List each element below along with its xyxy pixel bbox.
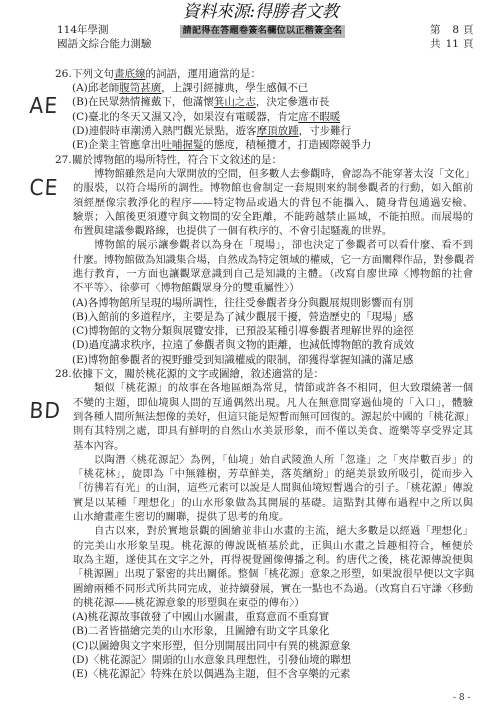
signature-notice-banner: 請記得在答題卷簽名欄位以正楷簽全名 — [180, 25, 345, 38]
option-text: 博物館參觀者的視野雖受到知識權威的限制，卻獲得掌握知識的滿足感 — [88, 354, 414, 366]
option-underlined-term: 腹笥甚廣 — [119, 82, 161, 94]
option-d: (D)過度講求秩序，拉遠了參觀者與文物的距離，也減低博物館的教育成效 — [0, 338, 500, 352]
total-number: 11 — [443, 37, 463, 51]
page-prefix: 第 — [430, 23, 443, 37]
option-label: (A) — [72, 82, 88, 94]
option-text: 臺北的冬天又濕又冷，如果沒有電暖器，肯定 — [88, 111, 298, 123]
option-text: 以圖繪與文字來形塑，但分別開展出同中有異的桃源意象 — [88, 640, 351, 652]
question-26-stem: 26.下列文句畫底線的詞語，運用適當的是： — [0, 67, 500, 81]
option-label: (B) — [72, 311, 88, 323]
option-underlined-term: 箕山之志 — [214, 96, 256, 108]
question-28-stem: 28.依據下文，關於桃花源的文字或圖繪，敘述適當的是： — [0, 367, 500, 381]
stem-text: 依據下文，關於桃花源的文字或圖繪，敘述適當的是： — [72, 368, 324, 380]
passage-line: 以陶潛〈桃花源記〉為例，「仙境」始自武陵漁人所「忽逢」之「夾岸數百步」的 — [73, 453, 473, 467]
option-text: 的態度，積極攬才，打造國際競爭力 — [203, 139, 371, 151]
option-label: (B) — [72, 625, 88, 637]
option-text: 企業主管應拿出 — [88, 139, 162, 151]
passage-line: 「桃花林」，旋即為「中無雜樹，芳草鮮美，落英繽紛」的絕美景致所吸引，從而步入 — [73, 467, 473, 481]
option-b: (B)二者皆描繪完美的山水形象，且圖繪有助文字具象化 — [0, 624, 500, 638]
option-text: 博物館的文物分類與展覽安排，已預設某種引導參觀者理解世界的途徑 — [88, 325, 414, 337]
passage-line: 博物館雖然是向大眾開放的空間，但多數人去參觀時，會認為不能穿著太沒「文化」 — [73, 167, 473, 181]
passage-line: 的桃花源——桃花源意象的形塑與在東亞的傳布〉） — [73, 596, 473, 610]
option-text: 〈桃花源記〉特殊在於以偶遇為主題，但不含享樂的元素 — [88, 668, 351, 680]
passage-line: 驗票；入館後更須遵守與文物間的安全距離，不能跨越禁止區域，不能拍照。而展場的 — [73, 210, 473, 224]
passage-line: 到各種人間所無法想像的美好，但這只能是短暫而無可回復的。源起於中國的「桃花源」 — [73, 410, 473, 424]
total-pages: 共 11 頁 — [430, 37, 476, 51]
option-label: (E) — [72, 668, 88, 680]
passage-line: 不平等〉、徐夢可〈博物館觀眾身分的雙重屬性〉） — [73, 281, 473, 295]
option-e: (E)企業主管應拿出吐哺握髮的態度，積極攬才，打造國際競爭力 — [0, 138, 500, 152]
option-a: (A)各博物館所呈現的場所調性，往往受參觀者身分與觀展規則影響而有別 — [0, 296, 500, 310]
option-underlined-term: 吐哺握髮 — [161, 139, 203, 151]
option-label: (D) — [72, 125, 89, 137]
passage-line: 圖繪兩種不同形式所共同完成，並持續發展，實在一點也不為過。（改寫自石守謙〈移動 — [73, 582, 473, 596]
passage-line: 類似「桃花源」的故事在各地區頗為常見，情節或許各不相同，但大致環繞著一個 — [73, 381, 473, 395]
exam-content: 26.下列文句畫底線的詞語，運用適當的是： (A)邱老師腹笥甚廣，上課引經據典，… — [0, 67, 500, 682]
option-label: (C) — [72, 325, 88, 337]
passage-line: 則有其特別之處，即具有鮮明的自然山水美景形象，而不僅以美食、遊樂等享受界定其 — [73, 424, 473, 438]
option-text: 邱老師 — [88, 82, 120, 94]
option-a: (A)桃花源故事啟發了中國山水圖畫，重寫意而不重寫實 — [0, 610, 500, 624]
passage-line: 「桃源圖」出現了緊密的共出關係。整個「桃花源」意象之形塑，如果說很早便以文字與 — [73, 567, 473, 581]
watermark-source-title: 資料來源:得勝者文教 — [178, 1, 343, 23]
current-page: 第 8 頁 — [430, 23, 476, 37]
stem-text: 關於博物館的場所特性，符合下文敘述的是： — [72, 154, 282, 166]
passage-line: 取為主題，遂使其在文字之外，再得視覺圖像傳播之利。約唐代之後，桃花源傳說便與 — [73, 553, 473, 567]
exam-year: 114年學測 — [57, 23, 152, 37]
passage-line: 須經歷像宗教淨化的程序——特定物品或過大的背包不能攜入、隨身背包通過安檢、 — [73, 196, 473, 210]
option-label: (A) — [72, 611, 88, 623]
question-number: 28. — [55, 367, 72, 381]
passage-line: 自古以來，對於實地景觀的圖繪並非山水畫的主流，絕大多數是以經過「理想化」 — [73, 524, 473, 538]
page-suffix: 頁 — [463, 23, 474, 37]
option-b: (B)入館前的多道程序，主要是為了減少觀展干擾，營造歷史的「現場」感 — [0, 310, 500, 324]
passage-line: 的服裝，以符合場所的調性。博物館也會制定一套規則來約制參觀者的行動，如入館前 — [73, 181, 473, 195]
page-indicator: 第 8 頁 共 11 頁 — [430, 23, 476, 51]
option-label: (C) — [72, 111, 88, 123]
footer-page-number: - 8 - — [453, 692, 471, 704]
option-text: ，決定參選市長 — [256, 96, 330, 108]
option-c: (C)以圖繪與文字來形塑，但分別開展出同中有異的桃源意象 — [0, 639, 500, 653]
stem-underlined-text: 畫底線 — [114, 68, 146, 80]
option-text: 二者皆描繪完美的山水形象，且圖繪有助文字具象化 — [88, 625, 330, 637]
option-a: (A)邱老師腹笥甚廣，上課引經據典，學生感佩不已 — [0, 81, 500, 95]
option-label: (D) — [72, 654, 89, 666]
question-27-stem: 27.關於博物館的場所特性，符合下文敘述的是： — [0, 153, 500, 167]
option-e: (E)〈桃花源記〉特殊在於以偶遇為主題，但不含享樂的元素 — [0, 667, 500, 681]
page-number: 8 — [443, 23, 463, 37]
option-text: 桃花源故事啟發了中國山水圖畫，重寫意而不重寫實 — [88, 611, 330, 623]
option-underlined-term: 席不暇暖 — [298, 111, 340, 123]
option-text: 入館前的多道程序，主要是為了減少觀展干擾，營造歷史的「現場」感 — [88, 311, 414, 323]
passage-line: 什麼。博物館做為知識集合場，自然成為特定領域的權威，它一方面闡釋作品，對參觀者 — [73, 253, 473, 267]
passage-line: 進行教育，一方面也讓觀眾意識到自己是知識的主體。（改寫自廖世璋〈博物館的社會 — [73, 267, 473, 281]
passage-line: 山水繪畫產生密切的關聯，提供了思考的角度。 — [73, 510, 473, 524]
total-prefix: 共 — [430, 37, 443, 51]
option-e: (E)博物館參觀者的視野雖受到知識權威的限制，卻獲得掌握知識的滿足感 — [0, 353, 500, 367]
option-label: (E) — [72, 139, 88, 151]
option-d: (D)〈桃花源記〉開頭的山水意象具理想性，引發仙境的聯想 — [0, 653, 500, 667]
option-text: ，寸步難行 — [299, 125, 352, 137]
passage-line: 不變的主題，即仙境與人間的互通偶然出現。凡人在無意間穿過仙境的「入口」，體驗 — [73, 396, 473, 410]
option-text: ，上課引經據典，學生感佩不已 — [161, 82, 308, 94]
passage-line: 「彷彿若有光」的山洞，這些元素可以說是人間與仙境短暫遇合的引子。「桃花源」傳說 — [73, 481, 473, 495]
option-b: (B)在民眾熱情擁戴下，他滿懷箕山之志，決定參選市長 — [0, 95, 500, 109]
option-underlined-term: 摩頂放踵 — [257, 125, 299, 137]
option-c: (C)博物館的文物分類與展覽安排，已預設某種引導參觀者理解世界的途徑 — [0, 324, 500, 338]
passage-line: 的完美山水形象呈現。桃花源的傳說既植基於此，正與山水畫之旨趣相符合，極便於 — [73, 539, 473, 553]
stem-text: 的詞語，運用適當的是： — [146, 68, 262, 80]
option-label: (E) — [72, 354, 88, 366]
option-text: 各博物館所呈現的場所調性，往往受參觀者身分與觀展規則影響而有別 — [88, 297, 414, 309]
option-text: 〈桃花源記〉開頭的山水意象具理想性，引發仙境的聯想 — [89, 654, 352, 666]
passage-line: 博物館的展示讓參觀者以為身在「現場」，卻也決定了參觀者可以看什麼、看不到 — [73, 238, 473, 252]
exam-subject: 國語文綜合能力測驗 — [57, 37, 152, 51]
stem-text: 下列文句 — [72, 68, 114, 80]
question-number: 27. — [55, 153, 72, 167]
option-text: 過度講求秩序，拉遠了參觀者與文物的距離，也減低博物館的教育成效 — [89, 339, 415, 351]
passage-line: 基本內容。 — [73, 439, 473, 453]
passage-line: 布置與建議參觀路線，也提供了一個有秩序的、不會引起騷亂的世界。 — [73, 224, 473, 238]
question-number: 26. — [55, 67, 72, 81]
option-label: (B) — [72, 96, 88, 108]
exam-info: 114年學測 國語文綜合能力測驗 — [57, 23, 152, 51]
option-label: (C) — [72, 640, 88, 652]
option-c: (C)臺北的冬天又濕又冷，如果沒有電暖器，肯定席不暇暖 — [0, 110, 500, 124]
option-text: 在民眾熱情擁戴下，他滿懷 — [88, 96, 214, 108]
option-d: (D)連假時車潮湧入熱門觀光景點，遊客摩頂放踵，寸步難行 — [0, 124, 500, 138]
total-suffix: 頁 — [463, 37, 474, 51]
option-text: 連假時車潮湧入熱門觀光景點，遊客 — [89, 125, 257, 137]
option-label: (D) — [72, 339, 89, 351]
passage-line: 實是以某種「理想化」的山水形象做為其開展的基礎。這點對其傳布過程中之所以與 — [73, 496, 473, 510]
option-label: (A) — [72, 297, 88, 309]
